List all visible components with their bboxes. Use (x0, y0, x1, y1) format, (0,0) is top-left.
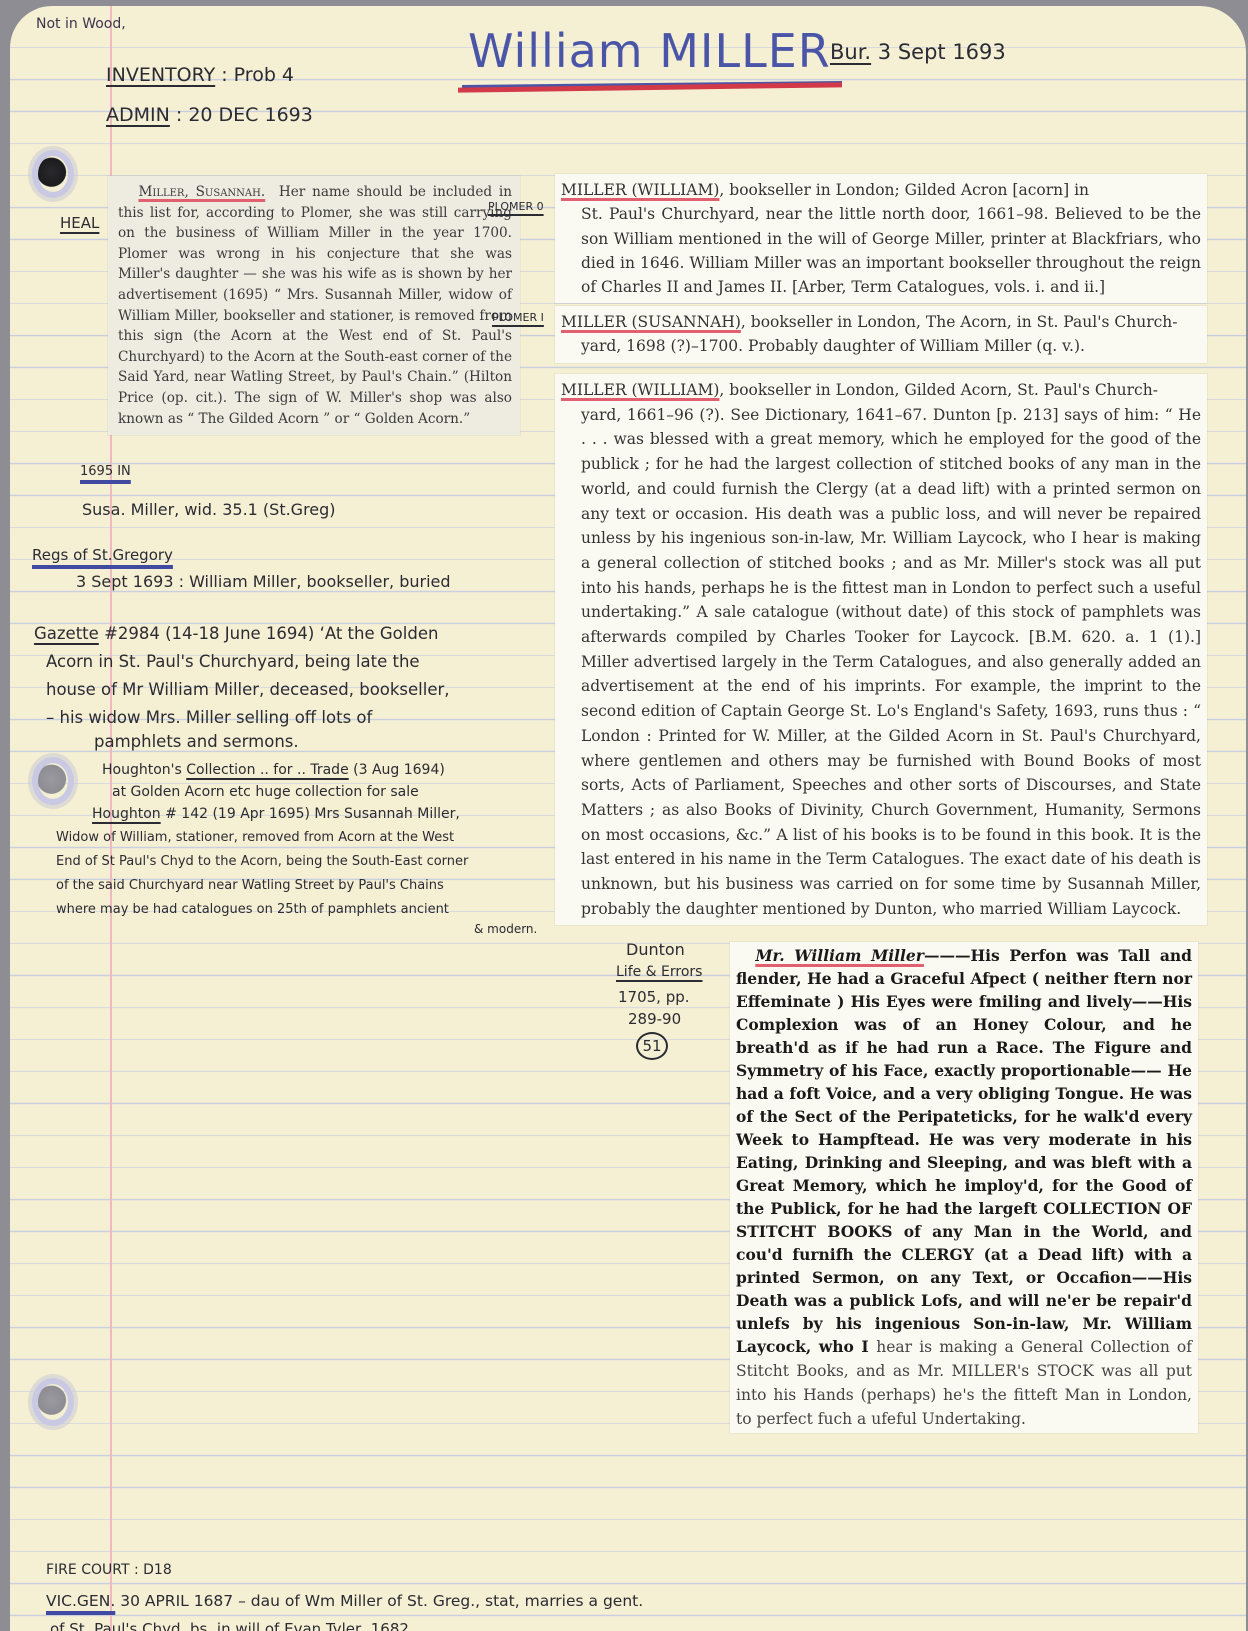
plomer0-body: St. Paul's Churchyard, near the little n… (561, 202, 1201, 299)
heal-margin-label: HEAL (60, 214, 99, 232)
admin-value: : 20 DEC 1693 (176, 104, 313, 126)
dunton-body-bold: ———His Perfon was Tall and flender, He h… (736, 946, 1192, 1356)
gazette-line: – his widow Mrs. Miller selling off lots… (46, 708, 372, 727)
plomer1-william-clipping: MILLER (WILLIAM), bookseller in London, … (555, 374, 1207, 925)
susannah-body: yard, 1698 (?)–1700. Probably daughter o… (561, 334, 1201, 358)
heal-heading: Miller, Susannah. (138, 184, 265, 200)
houghton-142-line: # 142 (19 Apr 1695) Mrs Susannah Miller, (165, 806, 460, 822)
inventory-label: INVENTORY (106, 64, 215, 86)
houghton-collection-title: Collection .. for .. Trade (186, 762, 348, 778)
gazette-line: pamphlets and sermons. (94, 732, 299, 751)
plomer1-susannah-clipping: MILLER (SUSANNAH), bookseller in London,… (555, 306, 1207, 363)
houghton-collection-line1: Houghton's Collection .. for .. Trade (3… (102, 762, 445, 778)
susannah-first: MILLER (SUSANNAH), bookseller in London,… (561, 310, 1201, 334)
gazette-line: house of Mr William Miller, deceased, bo… (46, 680, 450, 699)
houghton-collection-prefix: Houghton's (102, 762, 182, 778)
note-regs-text: 3 Sept 1693 : William Miller, bookseller… (76, 572, 451, 591)
william-body: yard, 1661–96 (?). See Dictionary, 1641–… (561, 403, 1201, 922)
dunton-ref-book: Life & Errors (616, 964, 702, 980)
index-card: Not in Wood, INVENTORY : Prob 4 ADMIN : … (10, 6, 1246, 1631)
burial-value: 3 Sept 1693 (878, 40, 1006, 64)
susannah-heading: MILLER (SUSANNAH) (561, 313, 741, 331)
gazette-line: #2984 (14-18 June 1694) ‘At the Golden (104, 624, 438, 643)
william-heading: MILLER (WILLIAM) (561, 381, 719, 399)
gazette-heading: Gazette (34, 624, 99, 643)
dunton-ref-pages: 289-90 (628, 1010, 681, 1028)
page-title: William MILLER (468, 24, 831, 78)
vic-gen-text: 30 APRIL 1687 – dau of Wm Miller of St. … (120, 1592, 643, 1610)
plomer0-clipping: MILLER (WILLIAM), bookseller in London; … (555, 174, 1207, 303)
binder-hole-icon (38, 156, 68, 192)
binder-hole-icon (38, 1384, 68, 1420)
burial-label: Bur. (830, 40, 871, 64)
houghton-142-line: End of St Paul's Chyd to the Acorn, bein… (56, 854, 468, 869)
dunton-heading: Mr. William Miller (755, 946, 924, 965)
houghton-142-line: Widow of William, stationer, removed fro… (56, 830, 454, 845)
heal-text: Miller, Susannah. Her name should be inc… (118, 182, 512, 429)
heal-clipping: Miller, Susannah. Her name should be inc… (108, 176, 520, 435)
inventory-value: : Prob 4 (221, 64, 294, 86)
admin-line: ADMIN : 20 DEC 1693 (106, 104, 313, 126)
plomer1-margin-label: PLOMER I (492, 311, 544, 324)
note-regs-heading: Regs of St.Gregory (32, 546, 173, 564)
william-first: MILLER (WILLIAM), bookseller in London, … (561, 378, 1201, 403)
houghton-142-heading: Houghton (92, 806, 161, 822)
binder-hole-icon (38, 763, 68, 799)
houghton-142-line1: Houghton # 142 (19 Apr 1695) Mrs Susanna… (92, 806, 460, 822)
plomer0-margin-label: PLOMER 0 (488, 200, 544, 213)
dunton-clipping: Mr. William Miller———His Perfon was Tall… (730, 942, 1198, 1433)
dunton-text: Mr. William Miller———His Perfon was Tall… (736, 944, 1192, 1431)
plomer0-text: MILLER (WILLIAM), bookseller in London; … (561, 178, 1201, 202)
houghton-collection-date: (3 Aug 1694) (353, 762, 445, 778)
dunton-ref-year: 1705, pp. (618, 988, 690, 1006)
plomer0-first: , bookseller in London; Gilded Acron [ac… (719, 181, 1089, 199)
burial-line: Bur. 3 Sept 1693 (830, 40, 1006, 64)
houghton-142-line: & modern. (474, 922, 537, 936)
note-1695-heading: 1695 IN (80, 464, 131, 479)
dunton-ref-title: Dunton (626, 940, 685, 959)
william-first-text: , bookseller in London, Gilded Acorn, St… (719, 381, 1158, 399)
vic-gen-line1: VIC.GEN. 30 APRIL 1687 – dau of Wm Mille… (46, 1592, 643, 1610)
admin-label: ADMIN (106, 104, 170, 126)
inventory-line: INVENTORY : Prob 4 (106, 64, 294, 86)
fire-court-note: FIRE COURT : D18 (46, 1562, 172, 1578)
dunton-ref-number: 51 (636, 1032, 668, 1060)
plomer0-heading: MILLER (WILLIAM) (561, 181, 719, 199)
susannah-first-text: , bookseller in London, The Acorn, in St… (741, 313, 1178, 331)
vic-gen-line2: of St. Paul's Chyd, bs. in will of Evan … (50, 1620, 414, 1631)
houghton-collection-line2: at Golden Acorn etc huge collection for … (112, 784, 419, 800)
note-1695-text: Susa. Miller, wid. 35.1 (St.Greg) (82, 500, 336, 519)
top-note: Not in Wood, (36, 16, 126, 32)
houghton-142-line: where may be had catalogues on 25th of p… (56, 902, 449, 917)
heal-body: Her name should be included in this list… (118, 184, 512, 427)
vic-gen-heading: VIC.GEN. (46, 1592, 115, 1610)
note-gazette-line1: Gazette #2984 (14-18 June 1694) ‘At the … (34, 624, 438, 643)
houghton-142-line: of the said Churchyard near Watling Stre… (56, 878, 444, 893)
gazette-line: Acorn in St. Paul's Churchyard, being la… (46, 652, 420, 671)
